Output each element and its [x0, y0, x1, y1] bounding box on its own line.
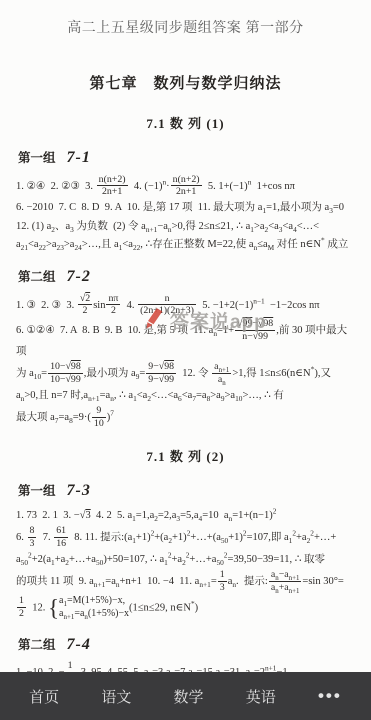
scan-page[interactable]: 第七章 数列与数学归纳法 7.1 数 列 (1) 第一组 7-1 1. ②④ 2… — [0, 44, 371, 672]
page-title: 高二上五星级同步题组答案 第一部分 — [0, 17, 371, 37]
answer-group-7-4: 第二组 7-4 1. −10 2. −12 3. 95 4. 55 5. a1=… — [16, 632, 355, 672]
answer-line: 12 12. {a1=M(1+5%)−x,an+1=an(1+5%)−x(1≤n… — [16, 595, 355, 621]
answer-line: 1. ③ 2. ③ 3. √22sinnπ2 4. n(2n+1)(2n+3) … — [16, 293, 355, 318]
group-header: 第一组 7-3 — [18, 478, 355, 504]
answer-line: 6. ①②④ 7. A 8. B 9. B 10. 是,第 5 项 11. an… — [16, 318, 355, 360]
answer-line: 6. −2010 7. C 8. D 9. A 10. 是,第 17 项 11.… — [16, 199, 355, 216]
nav-item-math[interactable]: 数学 — [174, 686, 204, 707]
answer-line: 12. (1) a2、a3 为负数 (2) 令 an+1−an>0,得 2≤n≤… — [16, 218, 355, 235]
nav-item-english[interactable]: 英语 — [246, 686, 276, 707]
app-screen: 高二上五星级同步题组答案 第一部分 第七章 数列与数学归纳法 7.1 数 列 (… — [0, 0, 371, 720]
answer-line: a21<a22>a23>a24>…,且 a1<a22, ∴存在正整数 M=22,… — [16, 236, 355, 253]
nav-item-chinese[interactable]: 语文 — [101, 686, 131, 707]
answer-group-7-3: 第一组 7-3 1. 73 2. 1 3. −√3 4. 2 5. a1=1,a… — [16, 478, 355, 620]
app-header: 高二上五星级同步题组答案 第一部分 — [0, 0, 371, 37]
group-header: 第一组 7-1 — [18, 145, 355, 171]
answer-line: 的项共 11 项 9. an+1=an+n+1 10. −4 11. an+1=… — [16, 569, 355, 594]
group-label: 第二组 — [18, 635, 56, 656]
group-label: 第一组 — [18, 148, 56, 169]
group-header: 第二组 7-4 — [18, 632, 355, 658]
answer-line: 1. 73 2. 1 3. −√3 4. 2 5. a1=1,a2=2,a3=5… — [16, 507, 355, 524]
answer-line: 为 a10=10−√9810−√99,最小项为 a9=9−√989−√99 12… — [16, 361, 355, 386]
group-code: 7-1 — [67, 145, 91, 171]
group-code: 7-2 — [67, 264, 91, 290]
nav-item-home[interactable]: 首页 — [29, 686, 59, 707]
bottom-nav: 首页 语文 数学 英语 ••• — [0, 672, 371, 720]
nav-item-more[interactable]: ••• — [318, 686, 342, 706]
answer-group-7-2: 第二组 7-2 1. ③ 2. ③ 3. √22sinnπ2 4. n(2n+1… — [16, 264, 355, 430]
answer-line: an>0,且 n=7 时,an+1=an, ∴ a1<a2<…<a6<a7=a8… — [16, 387, 355, 404]
answer-line: 1. ②④ 2. ②③ 3. n(n+2)2n+1 4. (−1)n·n(n+2… — [16, 174, 355, 199]
group-code: 7-4 — [67, 632, 91, 658]
chapter-heading: 第七章 数列与数学归纳法 — [16, 72, 355, 97]
group-label: 第二组 — [18, 267, 56, 288]
section-heading-2: 7.1 数 列 (2) — [16, 446, 355, 467]
group-header: 第二组 7-2 — [18, 264, 355, 290]
answer-line: 6. 83 7. 6116 8. 11. 提示:(a1+1)2+(a2+1)2+… — [16, 525, 355, 550]
answer-line: a502+2(a1+a2+…+a50)+50=107, ∴ a12+a22+…+… — [16, 551, 355, 568]
section-heading-1: 7.1 数 列 (1) — [16, 113, 355, 134]
group-code: 7-3 — [67, 478, 91, 504]
answer-group-7-1: 第一组 7-1 1. ②④ 2. ②③ 3. n(n+2)2n+1 4. (−1… — [16, 145, 355, 253]
group-label: 第一组 — [18, 481, 56, 502]
answer-line: 1. −10 2. −12 3. 95 4. 55 5. a1=3,a2=7,a… — [16, 660, 355, 672]
answer-line: 最大项 a7=a8=9·(910)7 — [16, 405, 355, 430]
